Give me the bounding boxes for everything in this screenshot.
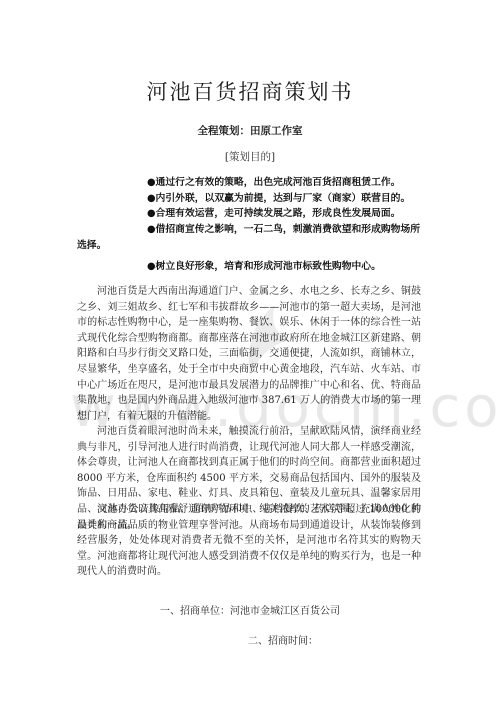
document-page: www.docin.com 河池百货招商策划书 全程策划：田原工作室 [策划目的… [0, 0, 500, 706]
purpose-bullet-list: ●通过行之有效的策略，出色完成河池百货招商租赁工作。 ●内引外联，以双赢为前提，… [147, 175, 427, 237]
bullet-item: ●树立良好形象，培育和形成河池市标致性购物中心。 [147, 258, 381, 272]
bullet-item: ●通过行之有效的策略，出色完成河池百货招商租赁工作。 [147, 175, 427, 191]
planner-line: 全程策划：田原工作室 [0, 123, 500, 138]
bullet-wrap-text: 选择。 [77, 237, 106, 251]
bullet-item: ●内引外联，以双赢为前提，达到与厂家（商家）联营目的。 [147, 191, 427, 207]
paragraph-text: 河池百货以其高雅舒适的购物环境、纯美浓厚的艺术氛围、充满人性化的设计和一流品质的… [77, 502, 421, 580]
body-paragraph: 河池百货是大西南出海通道门户、金属之乡、水电之乡、长寿之乡、铜鼓之乡、刘三姐故乡… [77, 284, 421, 424]
section-heading-merchant-time: 二、招商时间： [248, 632, 318, 647]
section-heading-merchant-unit: 一、招商单位：河池市金城江区百货公司 [160, 602, 340, 617]
purpose-heading: [策划目的] [0, 149, 500, 164]
bullet-item: ●借招商宣传之影响，一石二鸟，刺激消费欲望和形成购物场所 [147, 222, 427, 238]
body-paragraph: 河池百货以其高雅舒适的购物环境、纯美浓厚的艺术氛围、充满人性化的设计和一流品质的… [77, 502, 421, 580]
bullet-item: ●合理有效运营，走可持续发展之路，形成良性发展局面。 [147, 206, 427, 222]
paragraph-text: 河池百货是大西南出海通道门户、金属之乡、水电之乡、长寿之乡、铜鼓之乡、刘三姐故乡… [77, 284, 421, 424]
document-title: 河池百货招商策划书 [0, 76, 500, 106]
